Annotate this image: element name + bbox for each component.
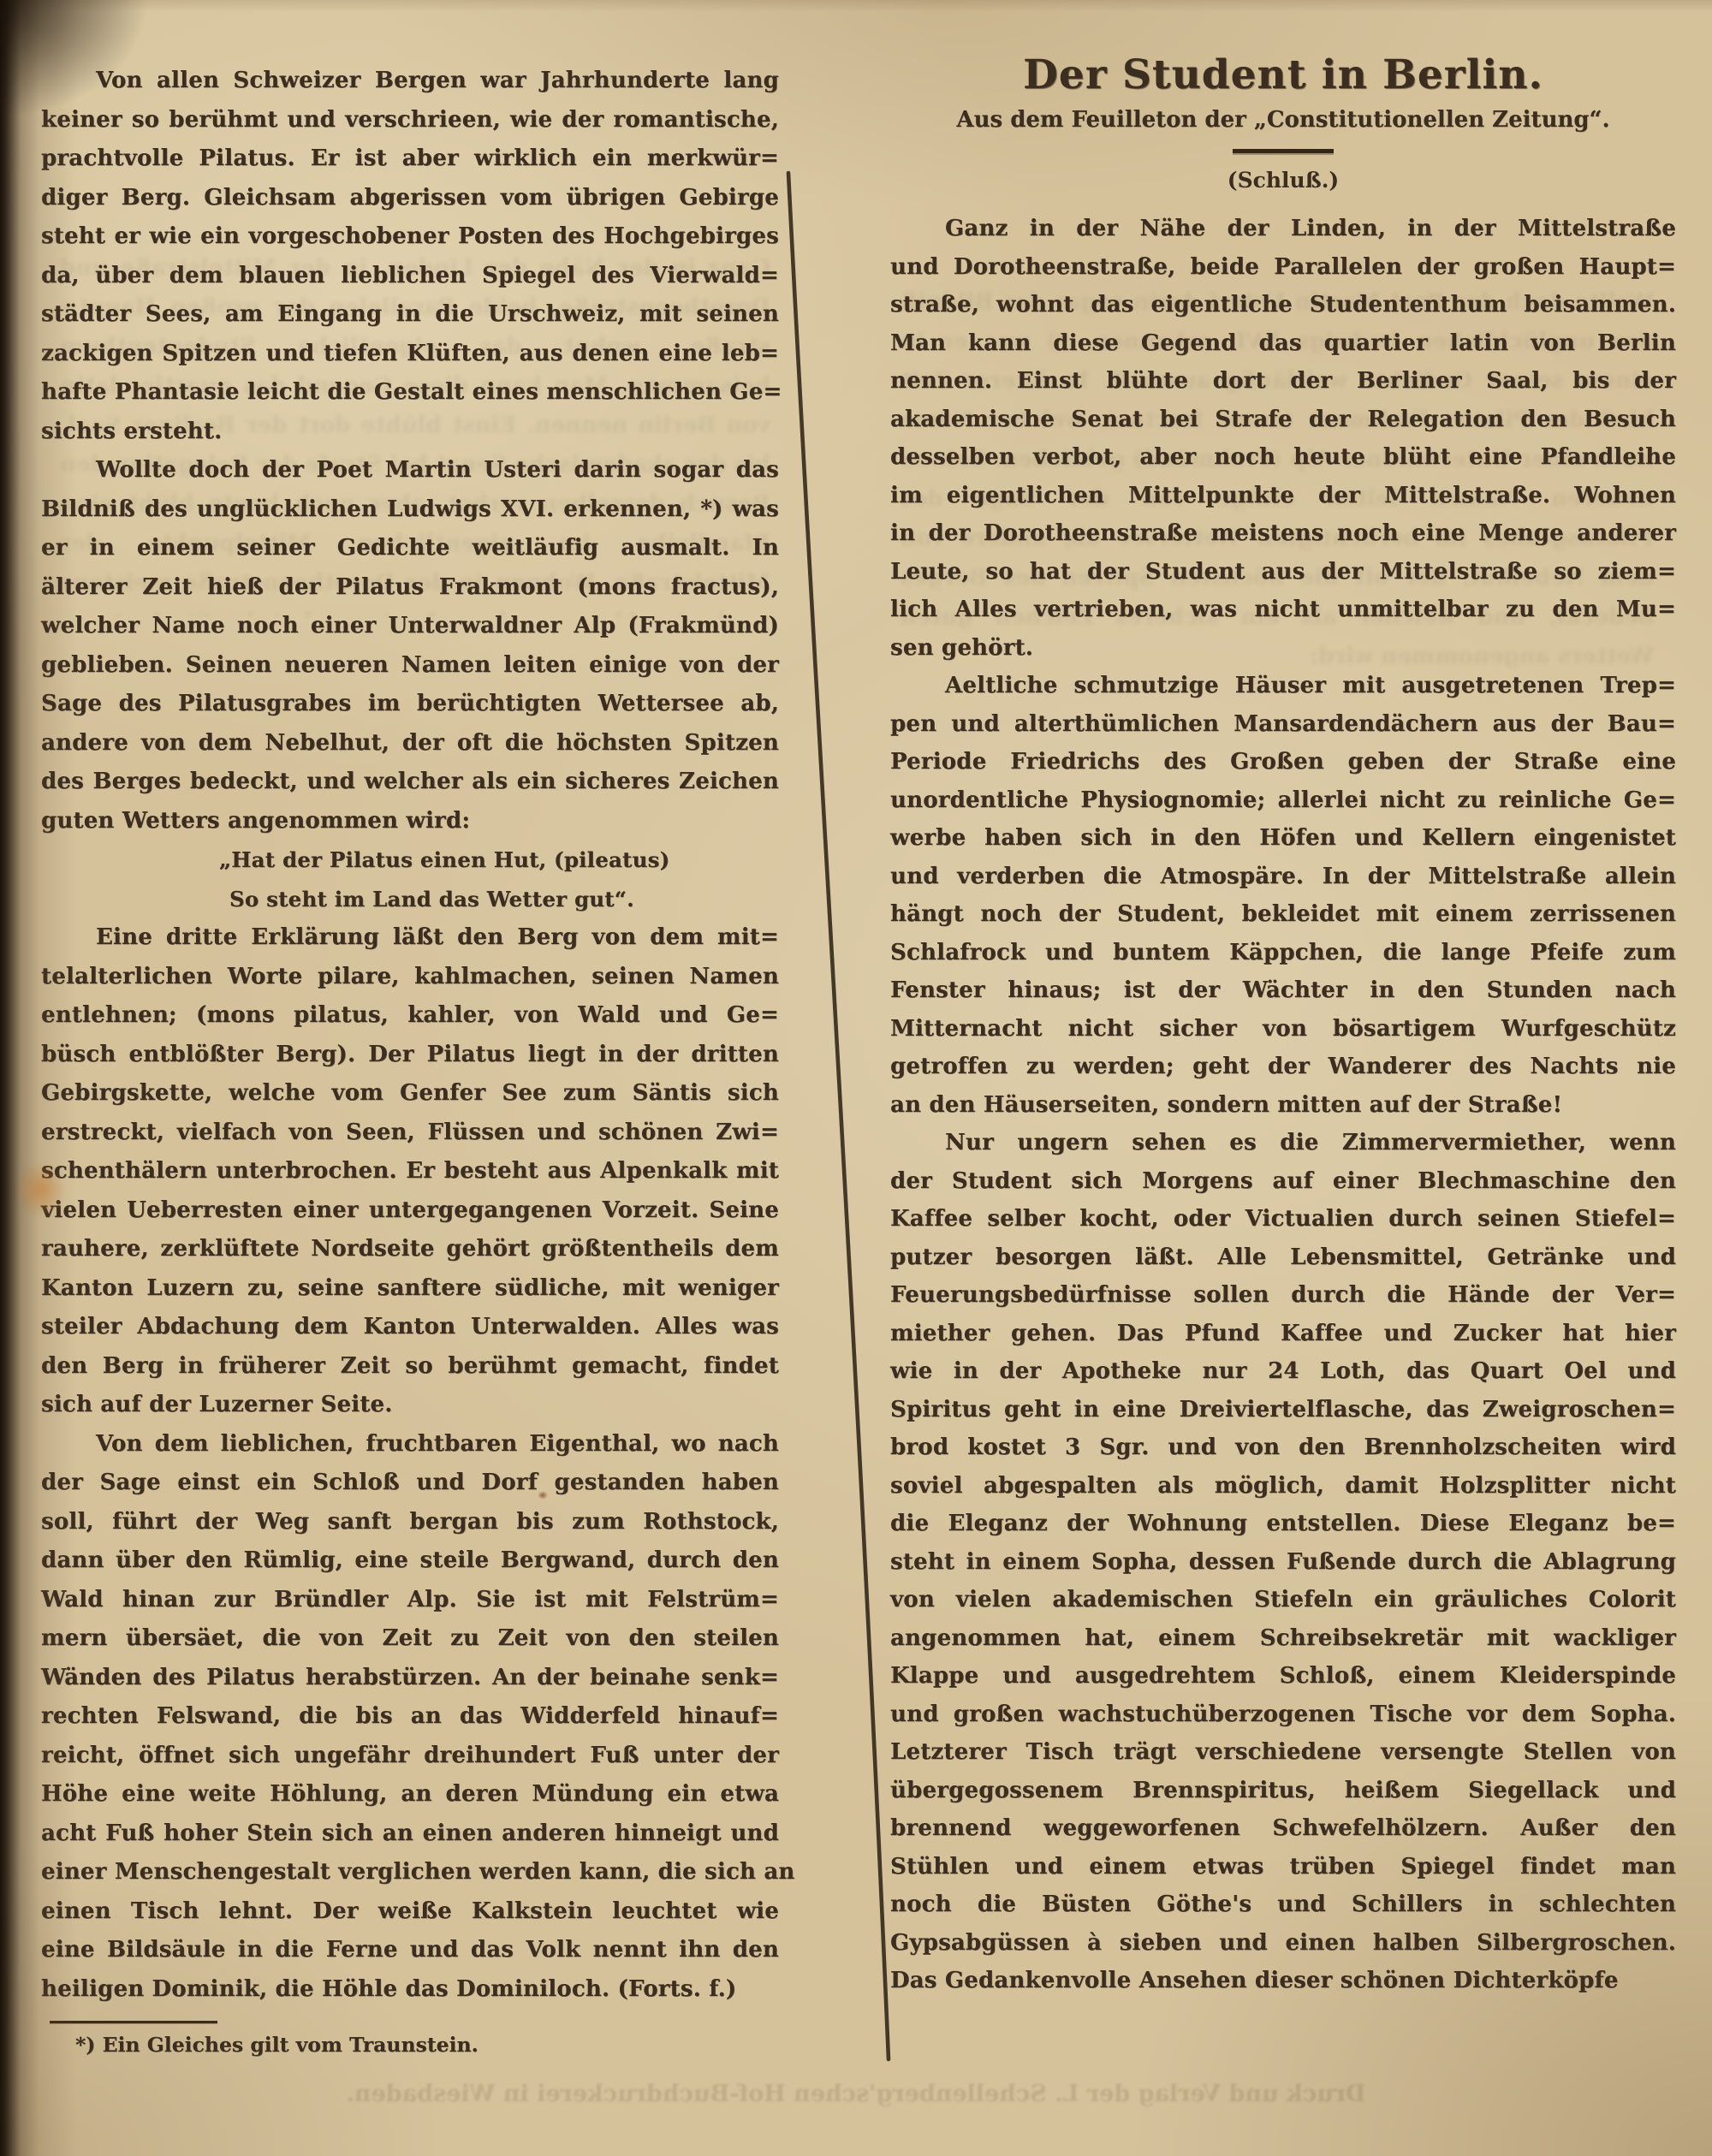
text-line: Von allen Schweizer Bergen war Jahrhunde… [41,62,779,101]
text-line: vielen Ueberresten einer untergegangenen… [41,1191,779,1231]
text-line: pen und alterthümlichen Mansardendächern… [890,705,1676,744]
text-line: Klappe und ausgedrehtem Schloß, einem Kl… [890,1657,1676,1696]
text-line: rechten Felswand, die bis an das Widderf… [41,1697,779,1737]
left-column: Von allen Schweizer Bergen war Jahrhunde… [41,62,779,2059]
bleedthrough-imprint: Druck und Verlag der L. Schellenberg'sch… [257,2075,1455,2117]
text-line: zackigen Spitzen und tiefen Klüften, aus… [41,335,779,374]
text-line: steiler Abdachung dem Kanton Unterwalden… [41,1308,779,1347]
text-line: miether gehen. Das Pfund Kaffee und Zuck… [890,1315,1676,1353]
text-line: Schlafrock und buntem Käppchen, die lang… [890,934,1676,972]
text-line: „Hat der Pilatus einen Hut, (pileatus) [219,840,779,880]
text-line: Stühlen und einem etwas trüben Spiegel f… [890,1848,1676,1886]
text-line: Wollte doch der Poet Martin Usteri darin… [41,451,779,490]
text-line: hafte Phantasie leicht die Gestalt eines… [41,373,779,413]
text-line: Wald hinan zur Bründler Alp. Sie ist mit… [41,1581,779,1620]
text-line: Feuerungsbedürfnisse sollen durch die Hä… [890,1276,1676,1315]
text-line: desselben verbot, aber noch heute blüht … [890,438,1676,477]
text-line: Kaffee selber kocht, oder Victualien dur… [890,1200,1676,1238]
text-line: Aeltliche schmutzige Häuser mit ausgetre… [890,667,1676,705]
text-line: unordentliche Physiognomie; allerlei nic… [890,781,1676,820]
paragraph: Eine dritte Erklärung läßt den Berg von … [41,918,779,1425]
text-line: Sage des Pilatusgrabes im berüchtigten W… [41,685,779,724]
text-line: den Berg in früherer Zeit so berühmt gem… [41,1347,779,1387]
text-line: Man kann diese Gegend das quartier latin… [890,324,1676,363]
left-column-body: Von allen Schweizer Bergen war Jahrhunde… [41,62,779,2009]
text-line: Ganz in der Nähe der Linden, in der Mitt… [890,210,1676,248]
text-line: Kanton Luzern zu, seine sanftere südlich… [41,1269,779,1309]
text-line: Höhe eine weite Höhlung, an deren Mündun… [41,1775,779,1814]
text-line: noch die Büsten Göthe's und Schillers in… [890,1886,1676,1924]
text-line: Wänden des Pilatus herabstürzen. An der … [41,1659,779,1698]
text-line: schenthälern unterbrochen. Er besteht au… [41,1152,779,1191]
footnote-text: *) Ein Gleiches gilt vom Traunstein. [75,2030,779,2059]
text-line: geblieben. Seinen neueren Namen leiten e… [41,646,779,686]
paragraph: Wollte doch der Poet Martin Usteri darin… [41,451,779,840]
verse-block: „Hat der Pilatus einen Hut, (pileatus)So… [41,840,779,918]
text-line: und Dorotheenstraße, beide Parallelen de… [890,248,1676,287]
text-line: der Student sich Morgens auf einer Blech… [890,1162,1676,1201]
text-line: Spiritus geht in eine Dreiviertelflasche… [890,1391,1676,1429]
right-column: Der Student in Berlin. Aus dem Feuilleto… [890,51,1676,2000]
text-line: steht er wie ein vorgeschobener Posten d… [41,217,779,257]
text-line: in der Dorotheenstraße meistens noch ein… [890,514,1676,553]
text-line: prachtvolle Pilatus. Er ist aber wirklic… [41,140,779,179]
text-line: putzer besorgen läßt. Alle Lebensmittel,… [890,1238,1676,1277]
text-line: rauhere, zerklüftete Nordseite gehört gr… [41,1230,779,1269]
text-line: einer Menschengestalt verglichen werden … [41,1853,779,1892]
text-line: angenommen hat, einem Schreibsekretär mi… [890,1619,1676,1658]
text-line: So steht im Land das Wetter gut“. [229,880,779,919]
text-line: soviel abgespalten als möglich, damit Ho… [890,1467,1676,1506]
text-line: acht Fuß hoher Stein sich an einen ander… [41,1814,779,1854]
text-line: übergegossenem Brennspiritus, heißem Sie… [890,1772,1676,1810]
text-line: und verderben die Atmospäre. In der Mitt… [890,858,1676,896]
text-line: und großen wachstuchüberzogenen Tische v… [890,1696,1676,1734]
text-line: einen Tisch lehnt. Der weiße Kalkstein l… [41,1892,779,1932]
text-line: Bildniß des unglücklichen Ludwigs XVI. e… [41,490,779,530]
text-line: da, über dem blauen lieblichen Spiegel d… [41,257,779,296]
text-line: hängt noch der Student, bekleidet mit ei… [890,895,1676,934]
text-line: Leute, so hat der Student aus der Mittel… [890,553,1676,591]
text-line: Eine dritte Erklärung läßt den Berg von … [41,918,779,958]
paragraph: Von dem lieblichen, fruchtbaren Eigentha… [41,1425,779,2010]
text-line: sen gehört. [890,629,1676,668]
text-line: dann über den Rümlig, eine steile Bergwa… [41,1541,779,1581]
text-line: straße, wohnt das eigentliche Studentent… [890,286,1676,324]
text-line: andere von dem Nebelhut, der oft die höc… [41,724,779,763]
text-line: keiner so berühmt und verschrieen, wie d… [41,101,779,140]
footnote-separator-rule [50,2021,217,2023]
continuation-note: (Schluß.) [890,167,1676,194]
paragraph: Aeltliche schmutzige Häuser mit ausgetre… [890,667,1676,1124]
text-line: Von dem lieblichen, fruchtbaren Eigentha… [41,1425,779,1464]
text-line: lich Alles vertrieben, was nicht unmitte… [890,591,1676,629]
right-column-body: Ganz in der Nähe der Linden, in der Mitt… [890,210,1676,2000]
text-line: werbe haben sich in den Höfen und Keller… [890,819,1676,858]
text-line: sich auf der Luzerner Seite. [41,1386,779,1425]
text-line: akademische Senat bei Strafe der Relegat… [890,401,1676,439]
text-line: Nur ungern sehen es die Zimmervermiether… [890,1124,1676,1162]
text-line: wie in der Apotheke nur 24 Loth, das Qua… [890,1352,1676,1391]
text-line: städter Sees, am Eingang in die Urschwei… [41,295,779,335]
text-line: er in einem seiner Gedichte weitläufig a… [41,529,779,568]
text-line: erstreckt, vielfach von Seen, Flüssen un… [41,1114,779,1153]
text-line: Mitternacht nicht sicher von bösartigem … [890,1010,1676,1048]
paragraph: Ganz in der Nähe der Linden, in der Mitt… [890,210,1676,667]
article-subtitle: Aus dem Feuilleton der „Constitutionelle… [890,104,1676,135]
text-line: welcher Name noch einer Unterwaldner Alp… [41,607,779,646]
text-line: telalterlichen Worte pilare, kahlmachen,… [41,958,779,997]
text-line: steht in einem Sopha, dessen Fußende dur… [890,1543,1676,1582]
text-line: an den Häuserseiten, sondern mitten auf … [890,1086,1676,1125]
text-line: im eigentlichen Mittelpunkte der Mittels… [890,477,1676,515]
text-line: des Berges bedeckt, und welcher als ein … [41,763,779,802]
text-line: nennen. Einst blühte dort der Berliner S… [890,362,1676,401]
text-line: Periode Friedrichs des Großen geben der … [890,743,1676,781]
text-line: Das Gedankenvolle Ansehen dieser schönen… [890,1962,1676,2000]
text-line: brennend weggeworfenen Schwefelhölzern. … [890,1809,1676,1848]
text-line: guten Wetters angenommen wird: [41,802,779,841]
text-line: heiligen Dominik, die Höhle das Dominilo… [41,1970,779,2010]
text-line: Letzterer Tisch trägt verschiedene verse… [890,1733,1676,1772]
text-line: die Eleganz der Wohnung entstellen. Dies… [890,1505,1676,1543]
paragraph: Nur ungern sehen es die Zimmervermiether… [890,1124,1676,2000]
paragraph: Von allen Schweizer Bergen war Jahrhunde… [41,62,779,451]
text-line: getroffen zu werden; geht der Wanderer d… [890,1048,1676,1086]
text-line: entlehnen; (mons pilatus, kahler, von Wa… [41,996,779,1036]
text-line: der Sage einst ein Schloß und Dorf gesta… [41,1464,779,1503]
text-line: Gypsabgüssen à sieben und einen halben S… [890,1924,1676,1963]
text-line: eine Bildsäule in die Ferne und das Volk… [41,1931,779,1970]
title-rule-line [1233,149,1334,153]
text-line: reicht, öffnet sich ungefähr dreihundert… [41,1737,779,1776]
text-line: soll, führt der Weg sanft bergan bis zum… [41,1503,779,1542]
text-line: mern übersäet, die von Zeit zu Zeit von … [41,1619,779,1659]
text-line: von vielen akademischen Stiefeln ein grä… [890,1581,1676,1619]
text-line: büsch entblößter Berg). Der Pilatus lieg… [41,1036,779,1075]
text-line: älterer Zeit hieß der Pilatus Frakmont (… [41,568,779,608]
article-title: Der Student in Berlin. [890,51,1676,99]
text-line: diger Berg. Gleichsam abgerissen vom übr… [41,179,779,218]
text-line: Fenster hinaus; ist der Wächter in den S… [890,971,1676,1010]
text-line: brod kostet 3 Sgr. und von den Brennholz… [890,1428,1676,1467]
text-line: Gebirgskette, welche vom Genfer See zum … [41,1074,779,1114]
newspaper-page: Wollte doch der Poet Martin Usteri darin… [0,0,1712,2156]
text-line: sichts ersteht. [41,413,779,452]
